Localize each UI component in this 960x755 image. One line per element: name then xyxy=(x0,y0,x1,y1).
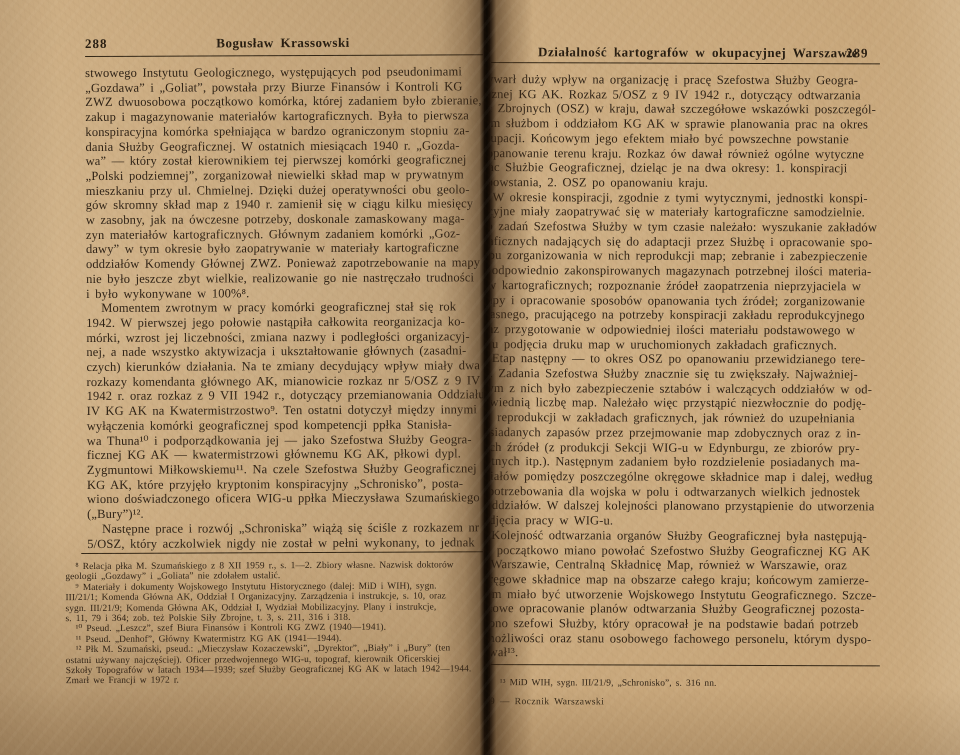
text-line: KG AK, które przyjęło kryptonim konspira… xyxy=(87,476,483,492)
text-line: czych) kierunków działania. Na te zmiany… xyxy=(86,358,483,374)
text-line: niem miało być utworzenie Wojskowego Ins… xyxy=(491,587,876,603)
text-line: oraz przygotowanie w odpowiedniej ilości… xyxy=(491,322,877,338)
text-line: sobu zorganizowania w nich reprodukcji m… xyxy=(491,248,877,264)
text-line: w zasobny, jak na ówczesne potrzeby, dos… xyxy=(86,211,483,227)
text-line: Momentem zwrotnym w pracy komórki geogra… xyxy=(86,300,483,316)
text-line: watnych itp.). Następnym zadaniem było r… xyxy=(491,454,877,470)
text-line: „Polski podziemnej”, zorganizował niewie… xyxy=(86,167,483,183)
text-line: 1942 r. oraz rozkaz z 9 VII 1942 r., dot… xyxy=(87,388,483,404)
text-line: ficznej KG AK. Rozkaz 5/OSZ z 9 IV 1942 … xyxy=(491,87,878,103)
text-line: celu podjęcia druku map w uruchomionych … xyxy=(491,337,877,353)
text-line: graficznych nadających się do adaptacji … xyxy=(491,234,877,250)
right-footnote-rule xyxy=(491,664,880,666)
text-line: ficznej KG AK — kwatermistrzowi głównemu… xyxy=(87,447,483,463)
text-line: gółowe opracowanie planów odtwarzania Sł… xyxy=(491,601,876,617)
text-line: wywarł duży wpływ na organizację i pracę… xyxy=(491,72,878,88)
printers-signature: 19 — Rocznik Warszawski xyxy=(491,696,604,707)
left-header-rule xyxy=(85,54,483,57)
left-running-header: Bogusław Krassowski xyxy=(85,34,481,52)
text-line: Kolejność odtwarzania organów Służby Geo… xyxy=(491,528,876,544)
text-line: racyjne miały zaopatrywać się w materiał… xyxy=(491,204,878,220)
text-line: zapotrzebowania dla wojska w polu i odtw… xyxy=(491,484,877,500)
left-page: 288 Bogusław Krassowski stwowego Instytu… xyxy=(0,0,483,755)
text-line: 1942. W pierwszej jego połowie nastąpiła… xyxy=(86,314,483,330)
text-line: Etap następny — to okres OSZ po opanowan… xyxy=(491,351,877,367)
text-line: zakup i magazynowanie materiałów kartogr… xyxy=(85,108,483,124)
text-line: nych źródeł (z produkcji Sekcji WIG-u w … xyxy=(491,440,877,456)
text-line: w Warszawie, Centralną Składnicę Map, ró… xyxy=(491,557,876,573)
text-line: nej, a nade wszystko aktywizacja i ukszt… xyxy=(86,344,483,360)
right-header-rule xyxy=(491,62,880,64)
text-line: Zmarł we Francji w 1972 r. xyxy=(66,675,472,687)
text-line: wyłączenia komórki geograficznej spod ko… xyxy=(87,417,483,433)
right-page: Działalność kartografów w okupacyjnej Wa… xyxy=(491,0,960,755)
text-line: nym służbom i oddziałom KG AK w sprawie … xyxy=(491,116,878,132)
text-line: i oddziałów. W dalszej kolejności planow… xyxy=(491,498,877,514)
text-line: i opanowanie terenu kraju. Rozkaz ów daw… xyxy=(491,146,878,162)
text-line: teriałów pomiędzy poszczególne okręgowe … xyxy=(491,469,877,485)
left-footnotes: ⁸ Relacja płka M. Szumańskiego z 8 XII 1… xyxy=(65,560,471,687)
text-line: i powstania, 2. OSZ po opanowaniu kraju. xyxy=(491,175,878,191)
left-footnote-rule xyxy=(81,551,483,554)
text-line: nu. Zadania Szefostwa Służby znacznie si… xyxy=(491,366,877,382)
text-line: okupacji. Końcowym jego efektem miało by… xyxy=(491,131,878,147)
right-footnotes: ¹³ MiD WIH, sygn. III/21/9, „Schronisko”… xyxy=(491,678,716,689)
text-line: wa” — który został kierownikiem tej pier… xyxy=(86,152,483,168)
right-page-content: Działalność kartografów w okupacyjnej Wa… xyxy=(491,44,898,45)
text-line: łów kartograficznych; rozpoznanie źródeł… xyxy=(491,278,877,294)
text-line: ca: początkowo miano powołać Szefostwo S… xyxy=(491,542,876,558)
text-line: Następne prace i rozwój „Schroniska” wią… xyxy=(87,520,483,536)
text-line: W okresie konspiracji, zgodnie z tymi wy… xyxy=(491,190,878,206)
text-line: podjęcia pracy w WIG-u. xyxy=(491,513,876,529)
right-running-header: Działalność kartografów w okupacyjnej Wa… xyxy=(518,44,878,61)
text-line: mórki, wzrost jej liczebności, zmiana na… xyxy=(86,329,483,345)
book-scan: 288 Bogusław Krassowski stwowego Instytu… xyxy=(0,0,960,755)
left-page-content: 288 Bogusław Krassowski stwowego Instytu… xyxy=(85,34,483,36)
text-line: cia reprodukcji w zakładach graficznych,… xyxy=(491,410,877,426)
text-line: konspiracyjna komórka spełniająca w bard… xyxy=(85,123,483,139)
text-line: Zygmuntowi Miłkowskiemu¹¹. Na czele Szef… xyxy=(87,461,483,477)
text-line: nował¹³. xyxy=(491,645,876,661)
text-line: nie było jeszcze zbyt wielkie, realizowa… xyxy=(86,270,483,286)
text-line: powiednią liczbę map. Należało więc przy… xyxy=(491,395,877,411)
text-line: posiadanych zapasów przez przejmowanie m… xyxy=(491,425,877,441)
text-line: oddziałów Komendy Głównej ZWZ. Ponieważ … xyxy=(86,255,483,271)
right-page-number: 289 xyxy=(846,45,869,61)
text-line: Sił Zbrojnych (OSZ) w kraju, dawał szcze… xyxy=(491,101,878,117)
text-line: 5/OSZ, który aczkolwiek nigdy nie został… xyxy=(87,535,483,551)
text-line: mapy i opracowanie sposobów opanowania t… xyxy=(491,293,877,309)
text-line: i możliwości oraz stanu osobowego fachow… xyxy=(491,631,876,647)
text-line: okręgowe składnice map na obszarze całeg… xyxy=(491,572,876,588)
text-line: wiono doświadczonego oficera WIG-u ppłka… xyxy=(87,491,483,507)
left-body-text: stwowego Instytutu Geologicznego, występ… xyxy=(85,64,483,551)
text-line: szym z nich było zabezpieczenie sztabów … xyxy=(491,381,877,397)
text-line: w odpowiednio zakonspirowanych magazynac… xyxy=(491,263,877,279)
text-line: prac Służbie Geograficznej, dzieląc je n… xyxy=(491,160,878,176)
right-body-text: wywarł duży wpływ na organizację i pracę… xyxy=(491,72,878,662)
text-line: ¹³ MiD WIH, sygn. III/21/9, „Schronisko”… xyxy=(491,678,716,689)
text-line: wiono szefowi Służby, który opracował je… xyxy=(491,616,876,632)
text-line: stwowego Instytutu Geologicznego, występ… xyxy=(85,64,483,80)
text-line: („Bury”)¹². xyxy=(87,505,483,521)
text-line: wa Thuna¹⁰ i podporządkowania jej — jako… xyxy=(87,432,483,448)
text-line: rozkazy komendanta głównego AK, mianowic… xyxy=(86,373,483,389)
text-line: IV KG AK na Kwatermistrzostwo⁹. Ten osta… xyxy=(87,402,483,418)
text-line: Do zadań Szefostwa Służby w tym czasie n… xyxy=(491,219,877,235)
text-line: własnego, pracującego na potrzeby konspi… xyxy=(491,307,877,323)
